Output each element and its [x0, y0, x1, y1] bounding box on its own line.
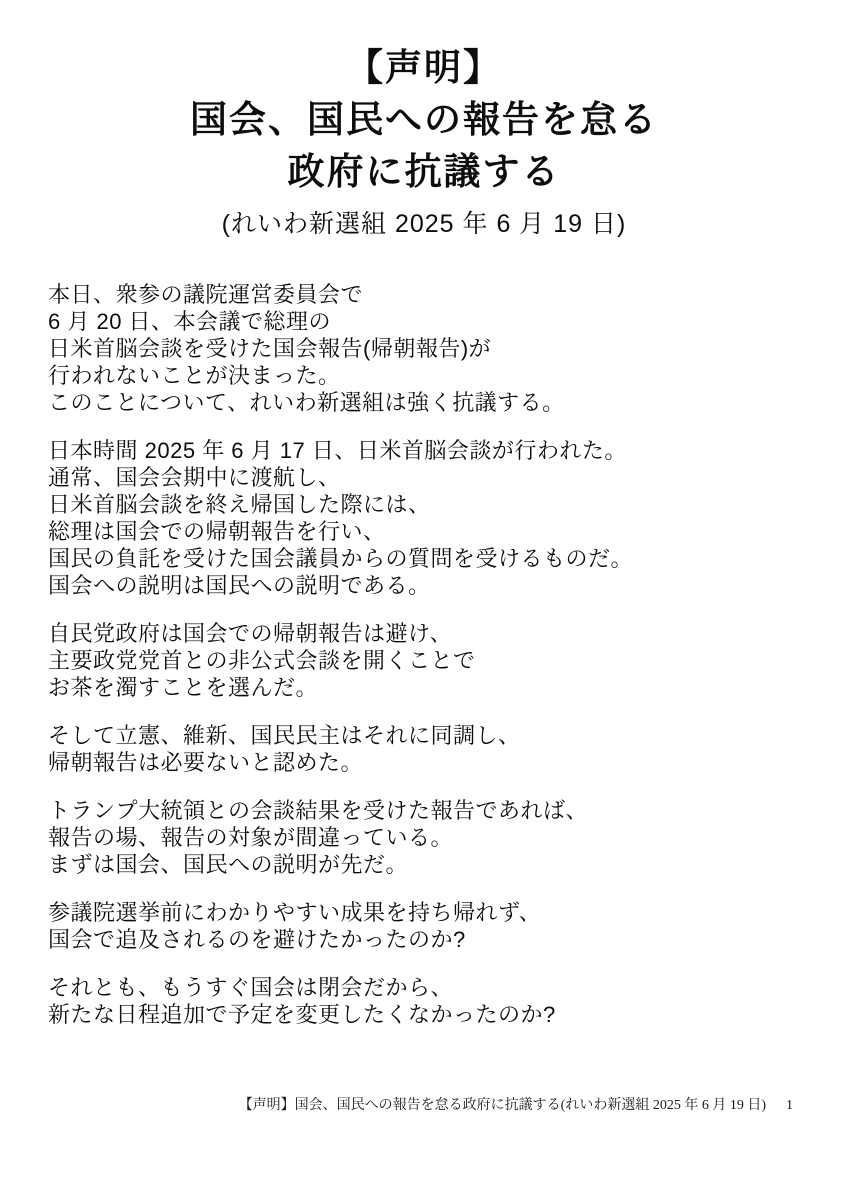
body-line: トランプ大統領との会談結果を受けた報告であれば、: [48, 797, 812, 824]
document-body: 本日、衆参の議院運営委員会で6 月 20 日、本会議で総理の日米首脳会談を受けた…: [48, 281, 812, 1049]
body-line: 国会で追及されるのを避けたかったのか?: [48, 926, 812, 953]
paragraph: 本日、衆参の議院運営委員会で6 月 20 日、本会議で総理の日米首脳会談を受けた…: [48, 281, 812, 416]
body-line: 総理は国会での帰朝報告を行い、: [48, 518, 812, 545]
body-line: 日米首脳会談を終え帰国した際には、: [48, 491, 812, 518]
body-line: 国民の負託を受けた国会議員からの質問を受けるものだ。: [48, 545, 812, 572]
body-line: 本日、衆参の議院運営委員会で: [48, 281, 812, 308]
title-line-2: 国会、国民への報告を怠る: [0, 94, 848, 146]
body-line: まずは国会、国民への説明が先だ。: [48, 851, 812, 878]
title-line-1: 【声明】: [0, 42, 848, 94]
body-line: お茶を濁すことを選んだ。: [48, 674, 812, 701]
title-line-3: 政府に抗議する: [0, 146, 848, 198]
footer-page-number: 1: [786, 1096, 793, 1116]
footer-text: 【声明】国会、国民への報告を怠る政府に抗議する(れいわ新選組 2025 年 6 …: [239, 1096, 766, 1116]
title-block: 【声明】 国会、国民への報告を怠る 政府に抗議する (れいわ新選組 2025 年…: [0, 42, 848, 242]
body-line: このことについて、れいわ新選組は強く抗議する。: [48, 389, 812, 416]
body-line: 帰朝報告は必要ないと認めた。: [48, 749, 812, 776]
body-line: 行われないことが決まった。: [48, 362, 812, 389]
paragraph: そして立憲、維新、国民民主はそれに同調し、帰朝報告は必要ないと認めた。: [48, 722, 812, 776]
body-line: 国会への説明は国民への説明である。: [48, 572, 812, 599]
paragraph: トランプ大統領との会談結果を受けた報告であれば、報告の場、報告の対象が間違ってい…: [48, 797, 812, 878]
paragraph: それとも、もうすぐ国会は閉会だから、新たな日程追加で予定を変更したくなかったのか…: [48, 974, 812, 1028]
paragraph: 参議院選挙前にわかりやすい成果を持ち帰れず、国会で追及されるのを避けたかったのか…: [48, 899, 812, 953]
body-line: 日本時間 2025 年 6 月 17 日、日米首脳会談が行われた。: [48, 437, 812, 464]
body-line: 通常、国会会期中に渡航し、: [48, 464, 812, 491]
body-line: 主要政党党首との非公式会談を開くことで: [48, 647, 812, 674]
document-footer: 【声明】国会、国民への報告を怠る政府に抗議する(れいわ新選組 2025 年 6 …: [0, 1096, 793, 1116]
body-line: 日米首脳会談を受けた国会報告(帰朝報告)が: [48, 335, 812, 362]
body-line: 6 月 20 日、本会議で総理の: [48, 308, 812, 335]
body-line: 新たな日程追加で予定を変更したくなかったのか?: [48, 1001, 812, 1028]
body-line: そして立憲、維新、国民民主はそれに同調し、: [48, 722, 812, 749]
paragraph: 日本時間 2025 年 6 月 17 日、日米首脳会談が行われた。通常、国会会期…: [48, 437, 812, 599]
body-line: 参議院選挙前にわかりやすい成果を持ち帰れず、: [48, 899, 812, 926]
statement-document-page: 【声明】 国会、国民への報告を怠る 政府に抗議する (れいわ新選組 2025 年…: [0, 0, 848, 1200]
body-line: 自民党政府は国会での帰朝報告は避け、: [48, 620, 812, 647]
paragraph: 自民党政府は国会での帰朝報告は避け、主要政党党首との非公式会談を開くことでお茶を…: [48, 620, 812, 701]
body-line: それとも、もうすぐ国会は閉会だから、: [48, 974, 812, 1001]
title-dateline: (れいわ新選組 2025 年 6 月 19 日): [0, 206, 848, 242]
body-line: 報告の場、報告の対象が間違っている。: [48, 824, 812, 851]
